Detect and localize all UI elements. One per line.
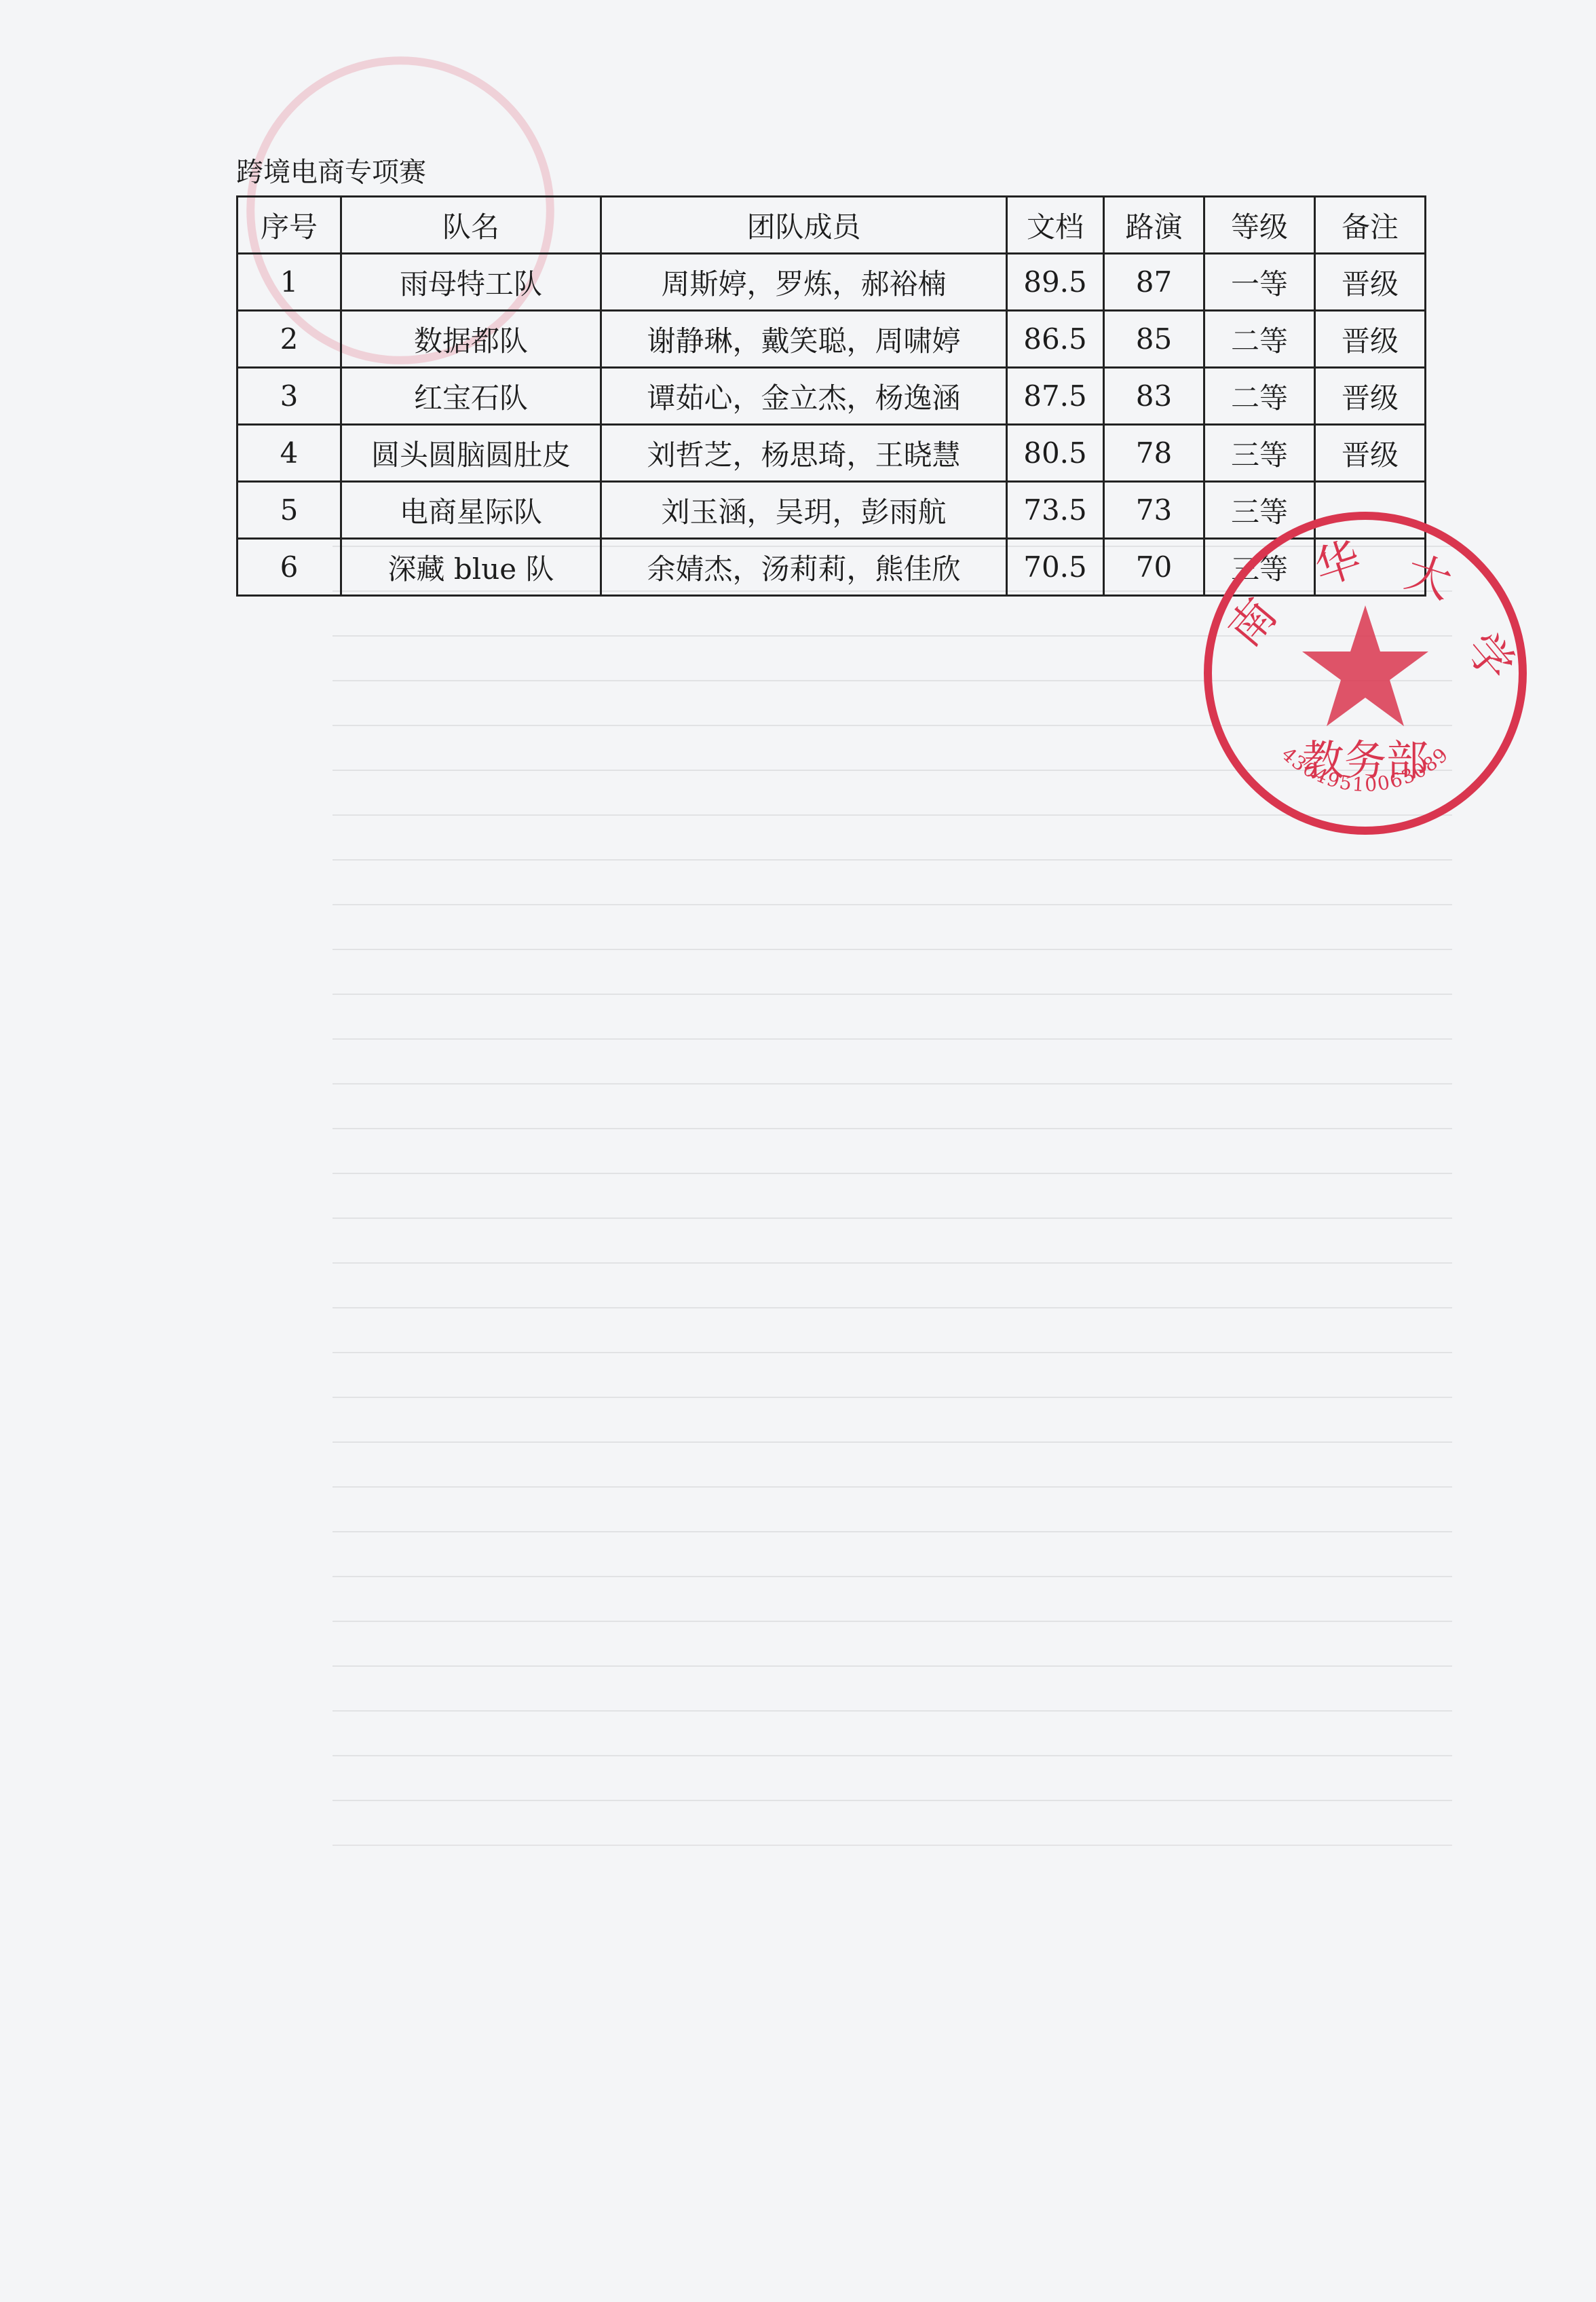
table-cell: 周斯婷，罗炼，郝裕楠 <box>601 254 1007 311</box>
table-cell: 1 <box>237 254 341 311</box>
table-cell: 6 <box>237 539 341 596</box>
table-cell: 80.5 <box>1007 425 1104 482</box>
column-header: 等级 <box>1204 197 1315 254</box>
column-header: 队名 <box>341 197 601 254</box>
table-row: 4圆头圆脑圆肚皮刘哲芝，杨思琦，王晓慧80.578三等晋级 <box>237 425 1426 482</box>
table-cell: 70 <box>1104 539 1204 596</box>
table-cell: 85 <box>1104 311 1204 368</box>
table-cell: 3 <box>237 368 341 425</box>
table-cell: 圆头圆脑圆肚皮 <box>341 425 601 482</box>
column-header: 序号 <box>237 197 341 254</box>
table-cell: 70.5 <box>1007 539 1104 596</box>
table-cell: 78 <box>1104 425 1204 482</box>
table-row: 3红宝石队谭茹心，金立杰，杨逸涵87.583二等晋级 <box>237 368 1426 425</box>
official-seal-stamp: 南 华 大 学 教务部 43049510063089 <box>1196 504 1535 843</box>
table-cell: 谭茹心，金立杰，杨逸涵 <box>601 368 1007 425</box>
table-row: 1雨母特工队周斯婷，罗炼，郝裕楠89.587一等晋级 <box>237 254 1426 311</box>
table-cell: 谢静琳，戴笑聪，周啸婷 <box>601 311 1007 368</box>
table-cell: 83 <box>1104 368 1204 425</box>
section-title: 跨境电商专项赛 <box>236 151 426 189</box>
table-cell: 5 <box>237 482 341 539</box>
table-cell: 晋级 <box>1315 368 1426 425</box>
table-cell: 二等 <box>1204 311 1315 368</box>
table-cell: 数据都队 <box>341 311 601 368</box>
table-cell: 二等 <box>1204 368 1315 425</box>
table-cell: 刘玉涵，吴玥，彭雨航 <box>601 482 1007 539</box>
column-header: 文档 <box>1007 197 1104 254</box>
table-cell: 87 <box>1104 254 1204 311</box>
table-cell: 73 <box>1104 482 1204 539</box>
star-icon <box>1302 605 1428 726</box>
table-cell: 余婧杰，汤莉莉，熊佳欣 <box>601 539 1007 596</box>
table-cell: 4 <box>237 425 341 482</box>
table-cell: 2 <box>237 311 341 368</box>
table-cell: 晋级 <box>1315 311 1426 368</box>
table-cell: 三等 <box>1204 425 1315 482</box>
table-cell: 深藏 blue 队 <box>341 539 601 596</box>
table-cell: 雨母特工队 <box>341 254 601 311</box>
table-cell: 红宝石队 <box>341 368 601 425</box>
column-header: 路演 <box>1104 197 1204 254</box>
table-cell: 87.5 <box>1007 368 1104 425</box>
table-row: 2数据都队谢静琳，戴笑聪，周啸婷86.585二等晋级 <box>237 311 1426 368</box>
column-header: 备注 <box>1315 197 1426 254</box>
table-cell: 刘哲芝，杨思琦，王晓慧 <box>601 425 1007 482</box>
table-cell: 晋级 <box>1315 425 1426 482</box>
table-cell: 一等 <box>1204 254 1315 311</box>
table-header-row: 序号队名团队成员文档路演等级备注 <box>237 197 1426 254</box>
table-cell: 晋级 <box>1315 254 1426 311</box>
column-header: 团队成员 <box>601 197 1007 254</box>
table-cell: 86.5 <box>1007 311 1104 368</box>
table-cell: 电商星际队 <box>341 482 601 539</box>
svg-text:华: 华 <box>1308 532 1367 596</box>
table-cell: 73.5 <box>1007 482 1104 539</box>
svg-text:大: 大 <box>1399 546 1458 609</box>
table-cell: 89.5 <box>1007 254 1104 311</box>
